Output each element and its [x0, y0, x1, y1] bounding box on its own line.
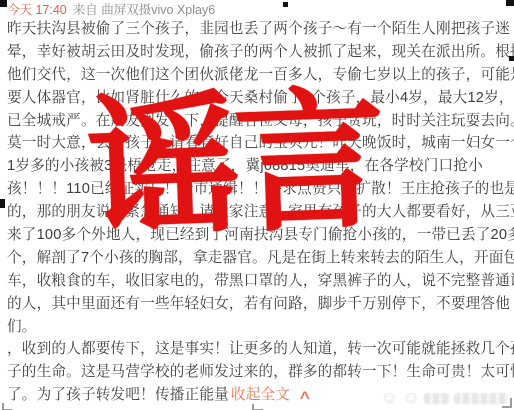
post-text-line: 晕，幸好被胡云田及时发现，偷孩子的两个人被抓了起来，现关在派出所。根据 [7, 41, 510, 64]
artifact-mark [506, 0, 514, 6]
crop-mark [252, 404, 263, 410]
post-header: 今天 17:40 来自 曲屏双摄vivo Xplay6 [7, 3, 510, 18]
post-text-line: 他们交代，这一次他们这个团伙派佬龙一百多人，专偷七岁以上的孩子，可能是 [7, 64, 510, 87]
post-source-device: 来自 曲屏双摄vivo Xplay6 [73, 3, 215, 18]
post-body-text: 昨天扶沟县被偷了三个孩子，韭园也丢了两个孩子～有一个陌生人刚把孩子迷晕，幸好被胡… [7, 18, 510, 407]
post-text-line: 来了100多个外地人，现已经到了河南扶沟县专门偷抢小孩的，一带已丢了20多 [7, 224, 510, 247]
artifact-mark [0, 0, 7, 7]
artifact-mark [0, 199, 5, 208]
crop-mark [502, 398, 512, 408]
post-text-line: 的人，其中里面还有一些年轻妇女，若有问路，脚步千万别停下，不要理答他 [7, 293, 510, 316]
watermark-blur-text [454, 393, 508, 404]
post-text-line: 莫一时大意，丢了孩子。请看管好自己的宝贝儿！昨天晚饭时，城南一妇女一个 [7, 132, 510, 155]
post-text-line: 已全城戒严。在朋友圈发一下，提醒各位父母，孩子贪玩，时时关注玩耍去向。 [7, 110, 510, 133]
chevron-up-icon[interactable]: ∧ [298, 384, 313, 407]
post-text-line: 孩！！！110已经证实！！全市通缉！！不求点赞只求扩散！王庄抢孩子的也是真 [7, 178, 510, 201]
post-last-line-text: 了。为了孩子转发吧！传播正能量 [7, 384, 229, 407]
weibo-post: 今天 17:40 来自 曲屏双摄vivo Xplay6 昨天扶沟县被偷了三个孩子… [0, 0, 514, 410]
weibo-emoji-watermark: ☺ ☺ [381, 388, 508, 408]
post-text-line: 们。 [7, 316, 510, 339]
post-text-line: 的，那的朋友说的紧急通知：请大家注意：家里有孩子的大人都要看好，从三亚 [7, 201, 510, 224]
post-text-line: 昨天扶沟县被偷了三个孩子，韭园也丢了两个孩子～有一个陌生人刚把孩子迷 [7, 18, 510, 41]
artifact-mark [283, 2, 288, 7]
post-text-line: 1岁多的小孩被3魁梧抢走，注意了，冀j68815奥迪车，在各学校门口抢小 [7, 155, 510, 178]
crop-mark [2, 403, 12, 410]
smiley-face-icon: ☺ ☺ [381, 388, 420, 408]
post-text-line: 个，解剖了7个小孩的胸部，拿走器官。凡是在街上转来转去的陌生人，开面包 [7, 247, 510, 270]
post-text-line: 要人体器官，比如肾脏什么的。今天桑村偷了5个孩子，最小4岁，最大12岁，现 [7, 87, 510, 110]
artifact-mark [509, 56, 514, 61]
watermark-blur-text [424, 393, 450, 404]
post-text-line: ，收到的人都要传下，这是事实！让更多的人知道，转一次可能就能拯救几个孩 [7, 338, 510, 361]
post-timestamp: 今天 17:40 [7, 3, 67, 18]
post-text-line: 子的生命。这是马营学校的老师发过来的，群多的都转一下！生命可贵！太可怕 [7, 361, 510, 384]
post-text-line: 车，收粮食的车，收旧家电的，带黑口罩的人，穿黑裤子的人，说不完整普通话 [7, 270, 510, 293]
